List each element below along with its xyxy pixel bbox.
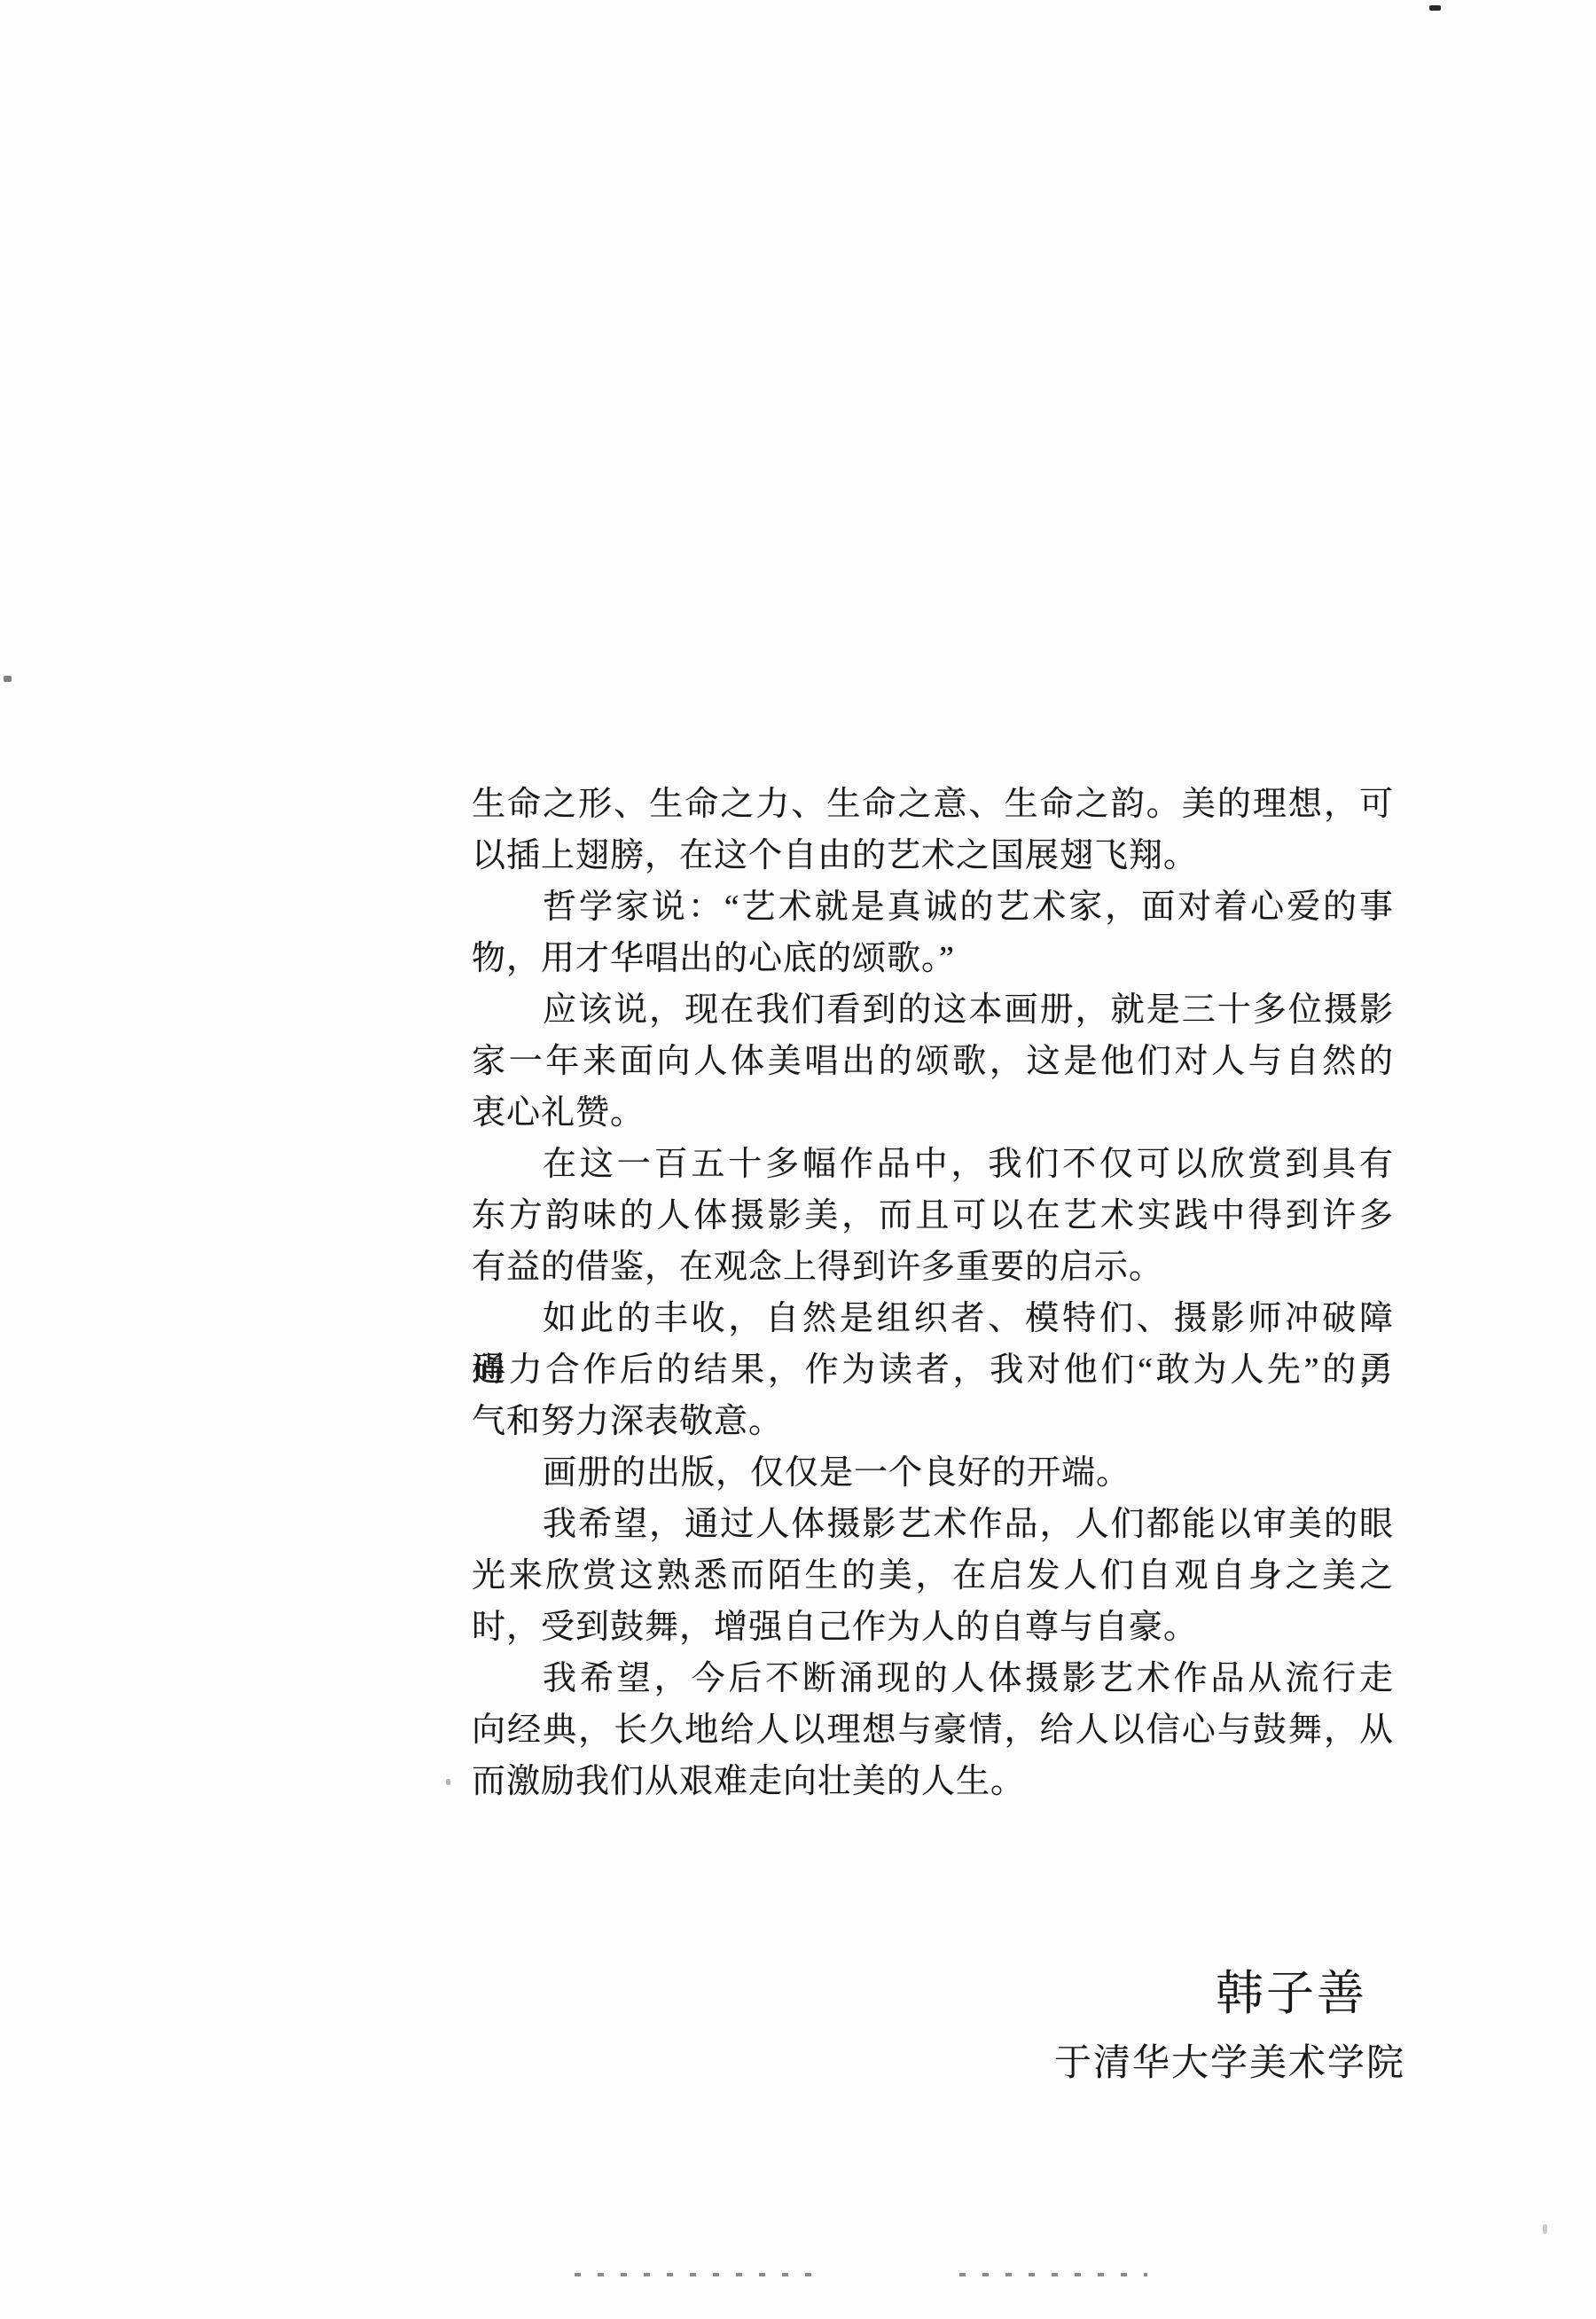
- text-line: 通力合作后的结果，作为读者，我对他们“敢为人先”的勇: [472, 1344, 1394, 1396]
- scan-dash-artifact-right: [959, 2273, 1147, 2276]
- text-line: 东方韵味的人体摄影美，而且可以在艺术实践中得到许多: [472, 1190, 1394, 1242]
- signature-affiliation: 于清华大学美术学院: [1054, 2041, 1405, 2087]
- text-line: 家一年来面向人体美唱出的颂歌，这是他们对人与自然的: [472, 1036, 1394, 1087]
- text-line: 时，受到鼓舞，增强自己作为人的自尊与自豪。: [472, 1602, 1394, 1653]
- text-line: 哲学家说：“艺术就是真诚的艺术家，面对着心爱的事: [472, 881, 1394, 933]
- text-line: 有益的借鉴，在观念上得到许多重要的启示。: [472, 1242, 1394, 1293]
- text-line: 画册的出版，仅仅是一个良好的开端。: [472, 1447, 1394, 1499]
- text-line: 气和努力深表敬意。: [472, 1396, 1394, 1447]
- text-line: 我希望，通过人体摄影艺术作品，人们都能以审美的眼: [472, 1499, 1394, 1550]
- text-line: 我希望，今后不断涌现的人体摄影艺术作品从流行走: [472, 1653, 1394, 1704]
- scan-speck-right-low: [1543, 2224, 1547, 2234]
- signature-name: 韩子善: [1216, 1963, 1367, 2024]
- text-line: 物，用才华唱出的心底的颂歌。”: [472, 933, 1394, 984]
- scan-speck-mid-left: [446, 1779, 450, 1785]
- scanned-page: 生命之形、生命之力、生命之意、生命之韵。美的理想，可以插上翅膀，在这个自由的艺术…: [0, 0, 1596, 2319]
- text-line: 应该说，现在我们看到的这本画册，就是三十多位摄影: [472, 984, 1394, 1036]
- text-line: 在这一百五十多幅作品中，我们不仅可以欣赏到具有: [472, 1139, 1394, 1190]
- text-line: 如此的丰收，自然是组织者、模特们、摄影师冲破障碍，: [472, 1293, 1394, 1344]
- scan-speck-left-edge: [4, 676, 12, 682]
- text-line: 以插上翅膀，在这个自由的艺术之国展翅飞翔。: [472, 830, 1394, 881]
- text-line: 衷心礼赞。: [472, 1087, 1394, 1139]
- scan-speck-top-right: [1429, 5, 1441, 11]
- text-line: 光来欣赏这熟悉而陌生的美，在启发人们自观自身之美之: [472, 1550, 1394, 1602]
- preface-body-text: 生命之形、生命之力、生命之意、生命之韵。美的理想，可以插上翅膀，在这个自由的艺术…: [472, 779, 1394, 1807]
- text-line: 向经典，长久地给人以理想与豪情，给人以信心与鼓舞，从: [472, 1704, 1394, 1756]
- text-line: 而激励我们从艰难走向壮美的人生。: [472, 1756, 1394, 1807]
- text-line: 生命之形、生命之力、生命之意、生命之韵。美的理想，可: [472, 779, 1394, 830]
- scan-dash-artifact-left: [575, 2273, 823, 2276]
